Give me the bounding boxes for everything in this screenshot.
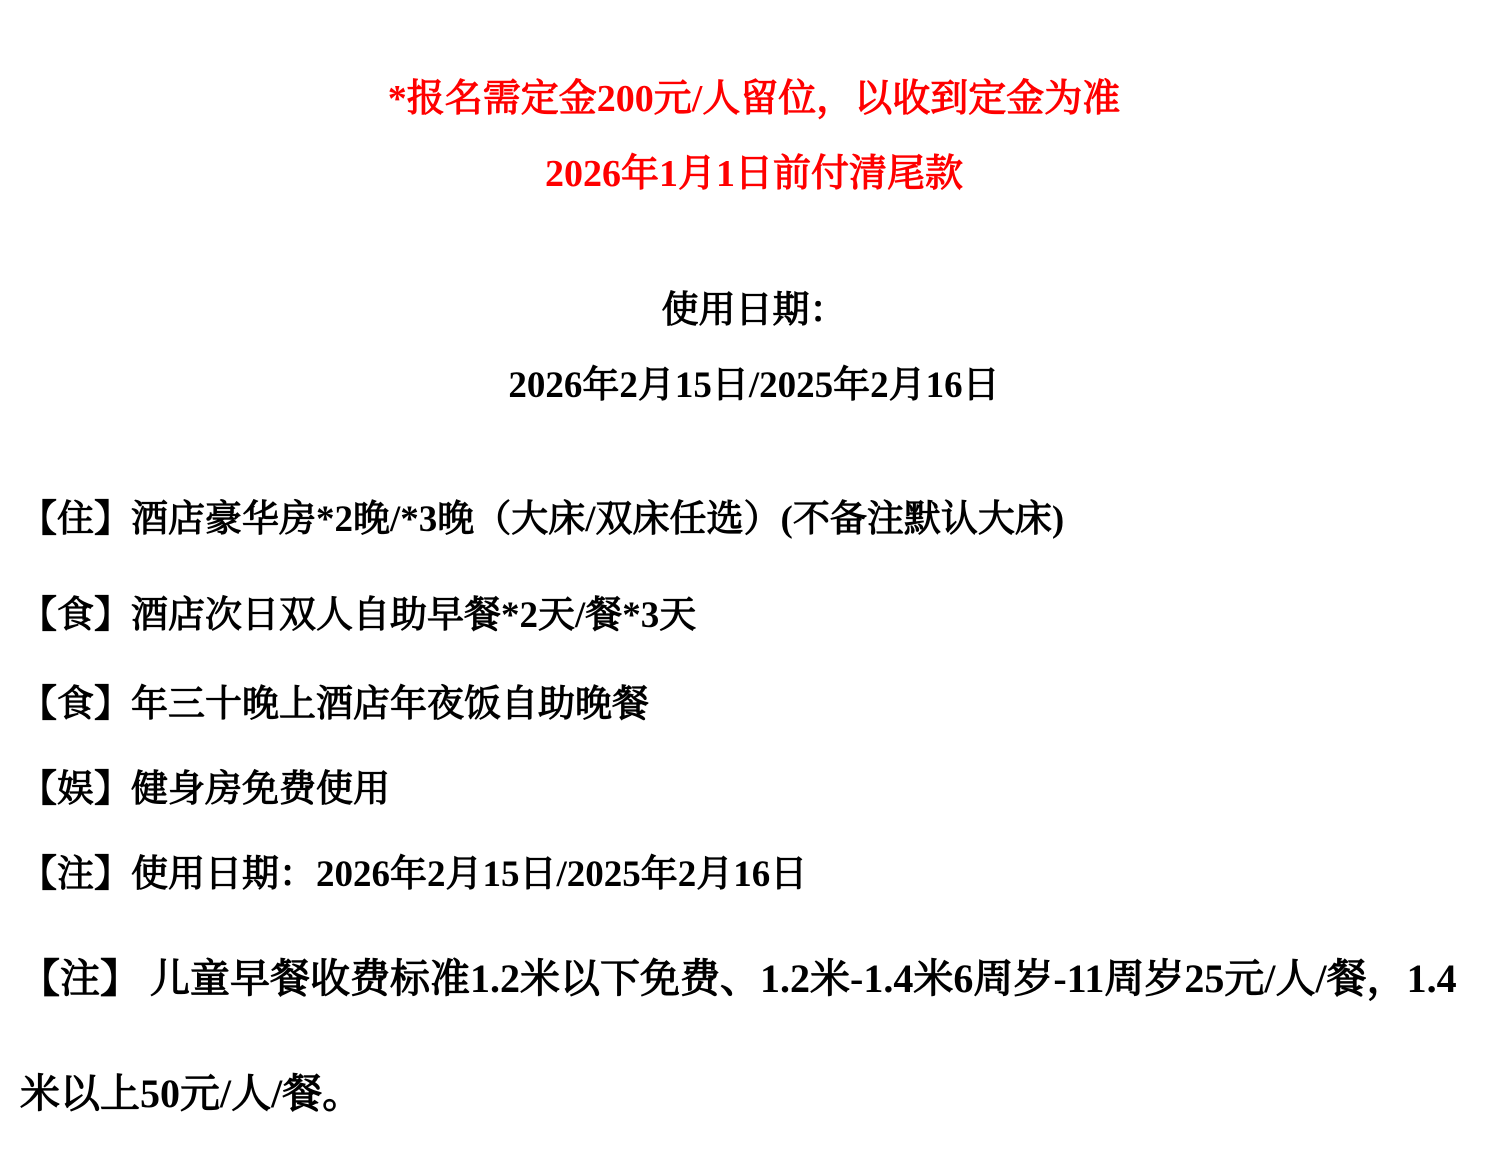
usage-date-title: 使用日期：: [0, 292, 1508, 329]
deposit-notice-line-2: 2026年1月1日前付清尾款: [0, 155, 1508, 193]
tour-package-document: *报名需定金200元/人留位，以收到定金为准 2026年1月1日前付清尾款 使用…: [0, 0, 1508, 1152]
item-note-usage-date: 【注】使用日期：2026年2月15日/2025年2月16日: [20, 856, 807, 893]
item-stay-hotel-room: 【住】酒店豪华房*2晚/*3晚（大床/双床任选）(不备注默认大床): [20, 501, 1064, 538]
item-food-breakfast: 【食】酒店次日双人自助早餐*2天/餐*3天: [20, 597, 696, 634]
usage-date-value: 2026年2月15日/2025年2月16日: [0, 367, 1508, 404]
item-note-child-breakfast-fee: 【注】 儿童早餐收费标准1.2米以下免费、1.2米-1.4米6周岁-11周岁25…: [20, 921, 1482, 1151]
deposit-notice-line-1: *报名需定金200元/人留位，以收到定金为准: [0, 80, 1508, 118]
item-entertainment-gym: 【娱】健身房免费使用: [20, 771, 390, 808]
item-food-nye-dinner: 【食】年三十晚上酒店年夜饭自助晚餐: [20, 686, 649, 723]
